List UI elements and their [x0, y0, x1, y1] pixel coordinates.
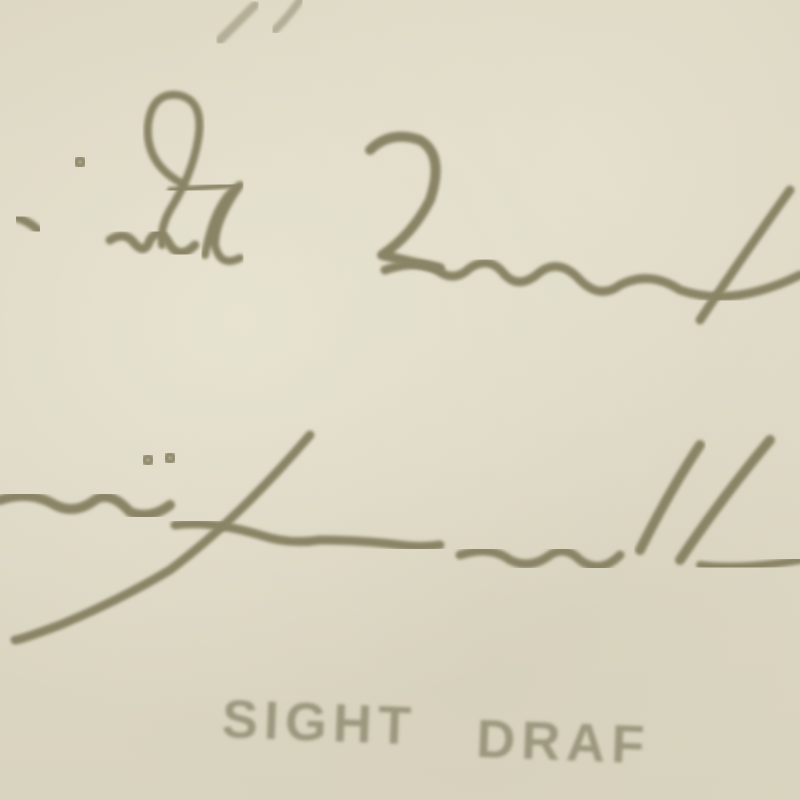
line1-D-loop [148, 95, 200, 245]
document-page: SIGHTDRAF ...Dol 2 mont... ...for val... [0, 0, 800, 800]
line1-prefix-stroke [18, 218, 38, 230]
line1-numeral-2 [370, 137, 440, 268]
ink-dot [76, 158, 84, 166]
printed-word-draft: DRAF [475, 708, 651, 777]
top-ink-fragment [220, 5, 255, 40]
line2-prefix-stroke [0, 496, 170, 515]
printed-word-sight: SIGHT [221, 689, 418, 756]
line2-val-stroke [460, 551, 620, 566]
handwriting-ink [0, 0, 800, 800]
